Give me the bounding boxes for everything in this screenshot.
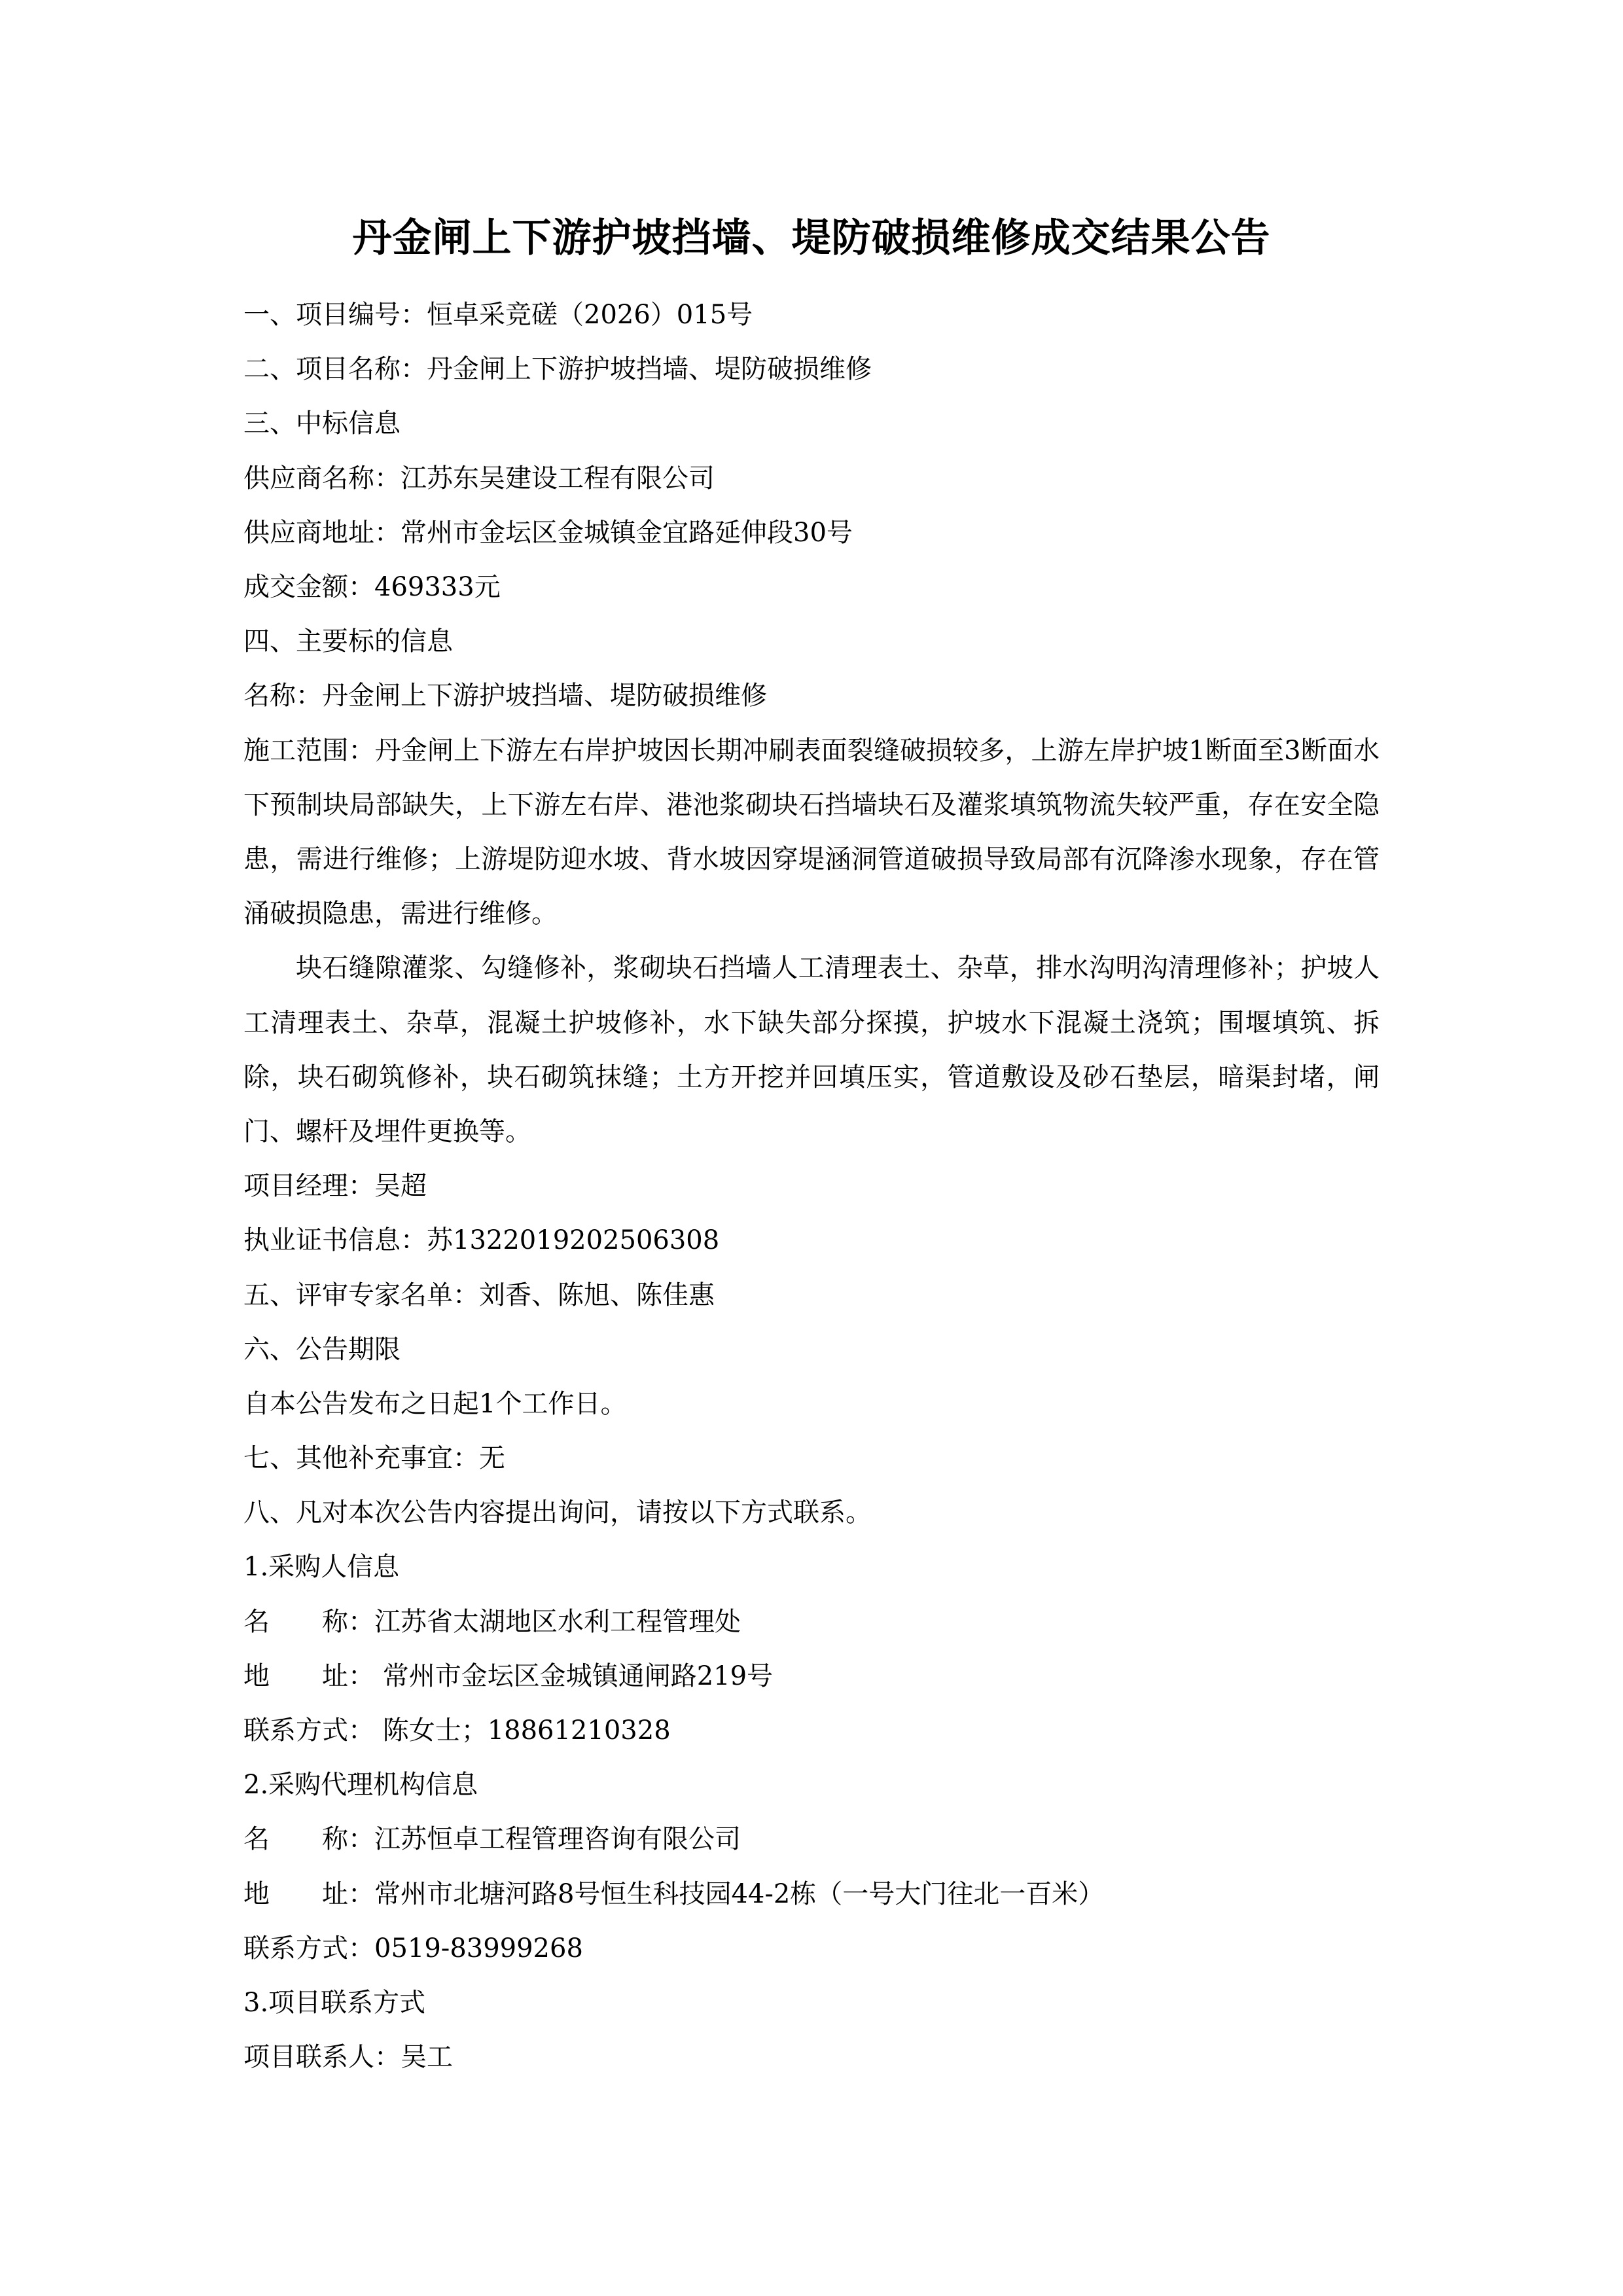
purchaser-name: 江苏省太湖地区水利工程管理处 [374, 1607, 741, 1637]
agency-contact: 0519-83999268 [374, 1933, 583, 1964]
purchaser-header: 1.采购人信息 [243, 1540, 1380, 1594]
certificate-info: 执业证书信息：苏1322019202506308 [243, 1213, 1380, 1268]
purchaser-address: 常州市金坛区金城镇通闸路219号 [374, 1661, 773, 1691]
supplier-address: 供应商地址：常州市金坛区金城镇金宜路延伸段30号 [243, 506, 1380, 560]
section-heading-subject: 四、主要标的信息 [243, 615, 1380, 669]
project-number: 一、项目编号：恒卓采竞磋（2026）015号 [243, 288, 1380, 342]
other-matters: 七、其他补充事宜：无 [243, 1431, 1380, 1486]
purchaser-name-row: 名 称：江苏省太湖地区水利工程管理处 [243, 1595, 1380, 1649]
contract-amount: 成交金额：469333元 [243, 560, 1380, 615]
agency-contact-row: 联系方式：0519-83999268 [243, 1922, 1380, 1976]
agency-address: 常州市北塘河路8号恒生科技园44-2栋（一号大门往北一百米） [374, 1879, 1104, 1909]
purchaser-address-row: 地 址： 常州市金坛区金城镇通闸路219号 [243, 1649, 1380, 1704]
construction-scope-paragraph: 施工范围：丹金闸上下游左右岸护坡因长期冲刷表面裂缝破损较多，上游左岸护坡1断面至… [243, 724, 1380, 942]
expert-list: 五、评审专家名单：刘香、陈旭、陈佳惠 [243, 1268, 1380, 1323]
project-contact-header: 3.项目联系方式 [243, 1976, 1380, 2030]
purchaser-contact-row: 联系方式： 陈女士；18861210328 [243, 1704, 1380, 1758]
project-manager: 项目经理：吴超 [243, 1159, 1380, 1213]
document-title: 丹金闸上下游护坡挡墙、堤防破损维修成交结果公告 [243, 211, 1380, 266]
purchaser-contact: 陈女士；18861210328 [374, 1715, 671, 1746]
subject-name: 名称：丹金闸上下游护坡挡墙、堤防破损维修 [243, 669, 1380, 723]
agency-name-label: 名 称： [243, 1824, 374, 1854]
agency-header: 2.采购代理机构信息 [243, 1758, 1380, 1812]
project-contact-person: 项目联系人：吴工 [243, 2030, 1380, 2085]
document-body: 一、项目编号：恒卓采竞磋（2026）015号 二、项目名称：丹金闸上下游护坡挡墙… [243, 288, 1380, 2085]
agency-name: 江苏恒卓工程管理咨询有限公司 [374, 1824, 741, 1854]
purchaser-address-label: 地 址： [243, 1661, 374, 1691]
agency-address-label: 地 址： [243, 1879, 374, 1909]
agency-contact-label: 联系方式： [243, 1933, 374, 1964]
agency-address-row: 地 址：常州市北塘河路8号恒生科技园44-2栋（一号大门往北一百米） [243, 1867, 1380, 1922]
purchaser-contact-label: 联系方式： [243, 1715, 374, 1746]
project-name: 二、项目名称：丹金闸上下游护坡挡墙、堤防破损维修 [243, 342, 1380, 397]
agency-name-row: 名 称：江苏恒卓工程管理咨询有限公司 [243, 1812, 1380, 1867]
purchaser-name-label: 名 称： [243, 1607, 374, 1637]
section-heading-award: 三、中标信息 [243, 397, 1380, 451]
announcement-period: 自本公告发布之日起1个工作日。 [243, 1377, 1380, 1431]
construction-scope-details-paragraph: 块石缝隙灌浆、勾缝修补，浆砌块石挡墙人工清理表土、杂草，排水沟明沟清理修补；护坡… [243, 941, 1380, 1159]
section-heading-period: 六、公告期限 [243, 1323, 1380, 1377]
contact-instructions: 八、凡对本次公告内容提出询问，请按以下方式联系。 [243, 1486, 1380, 1540]
supplier-name: 供应商名称：江苏东吴建设工程有限公司 [243, 452, 1380, 506]
